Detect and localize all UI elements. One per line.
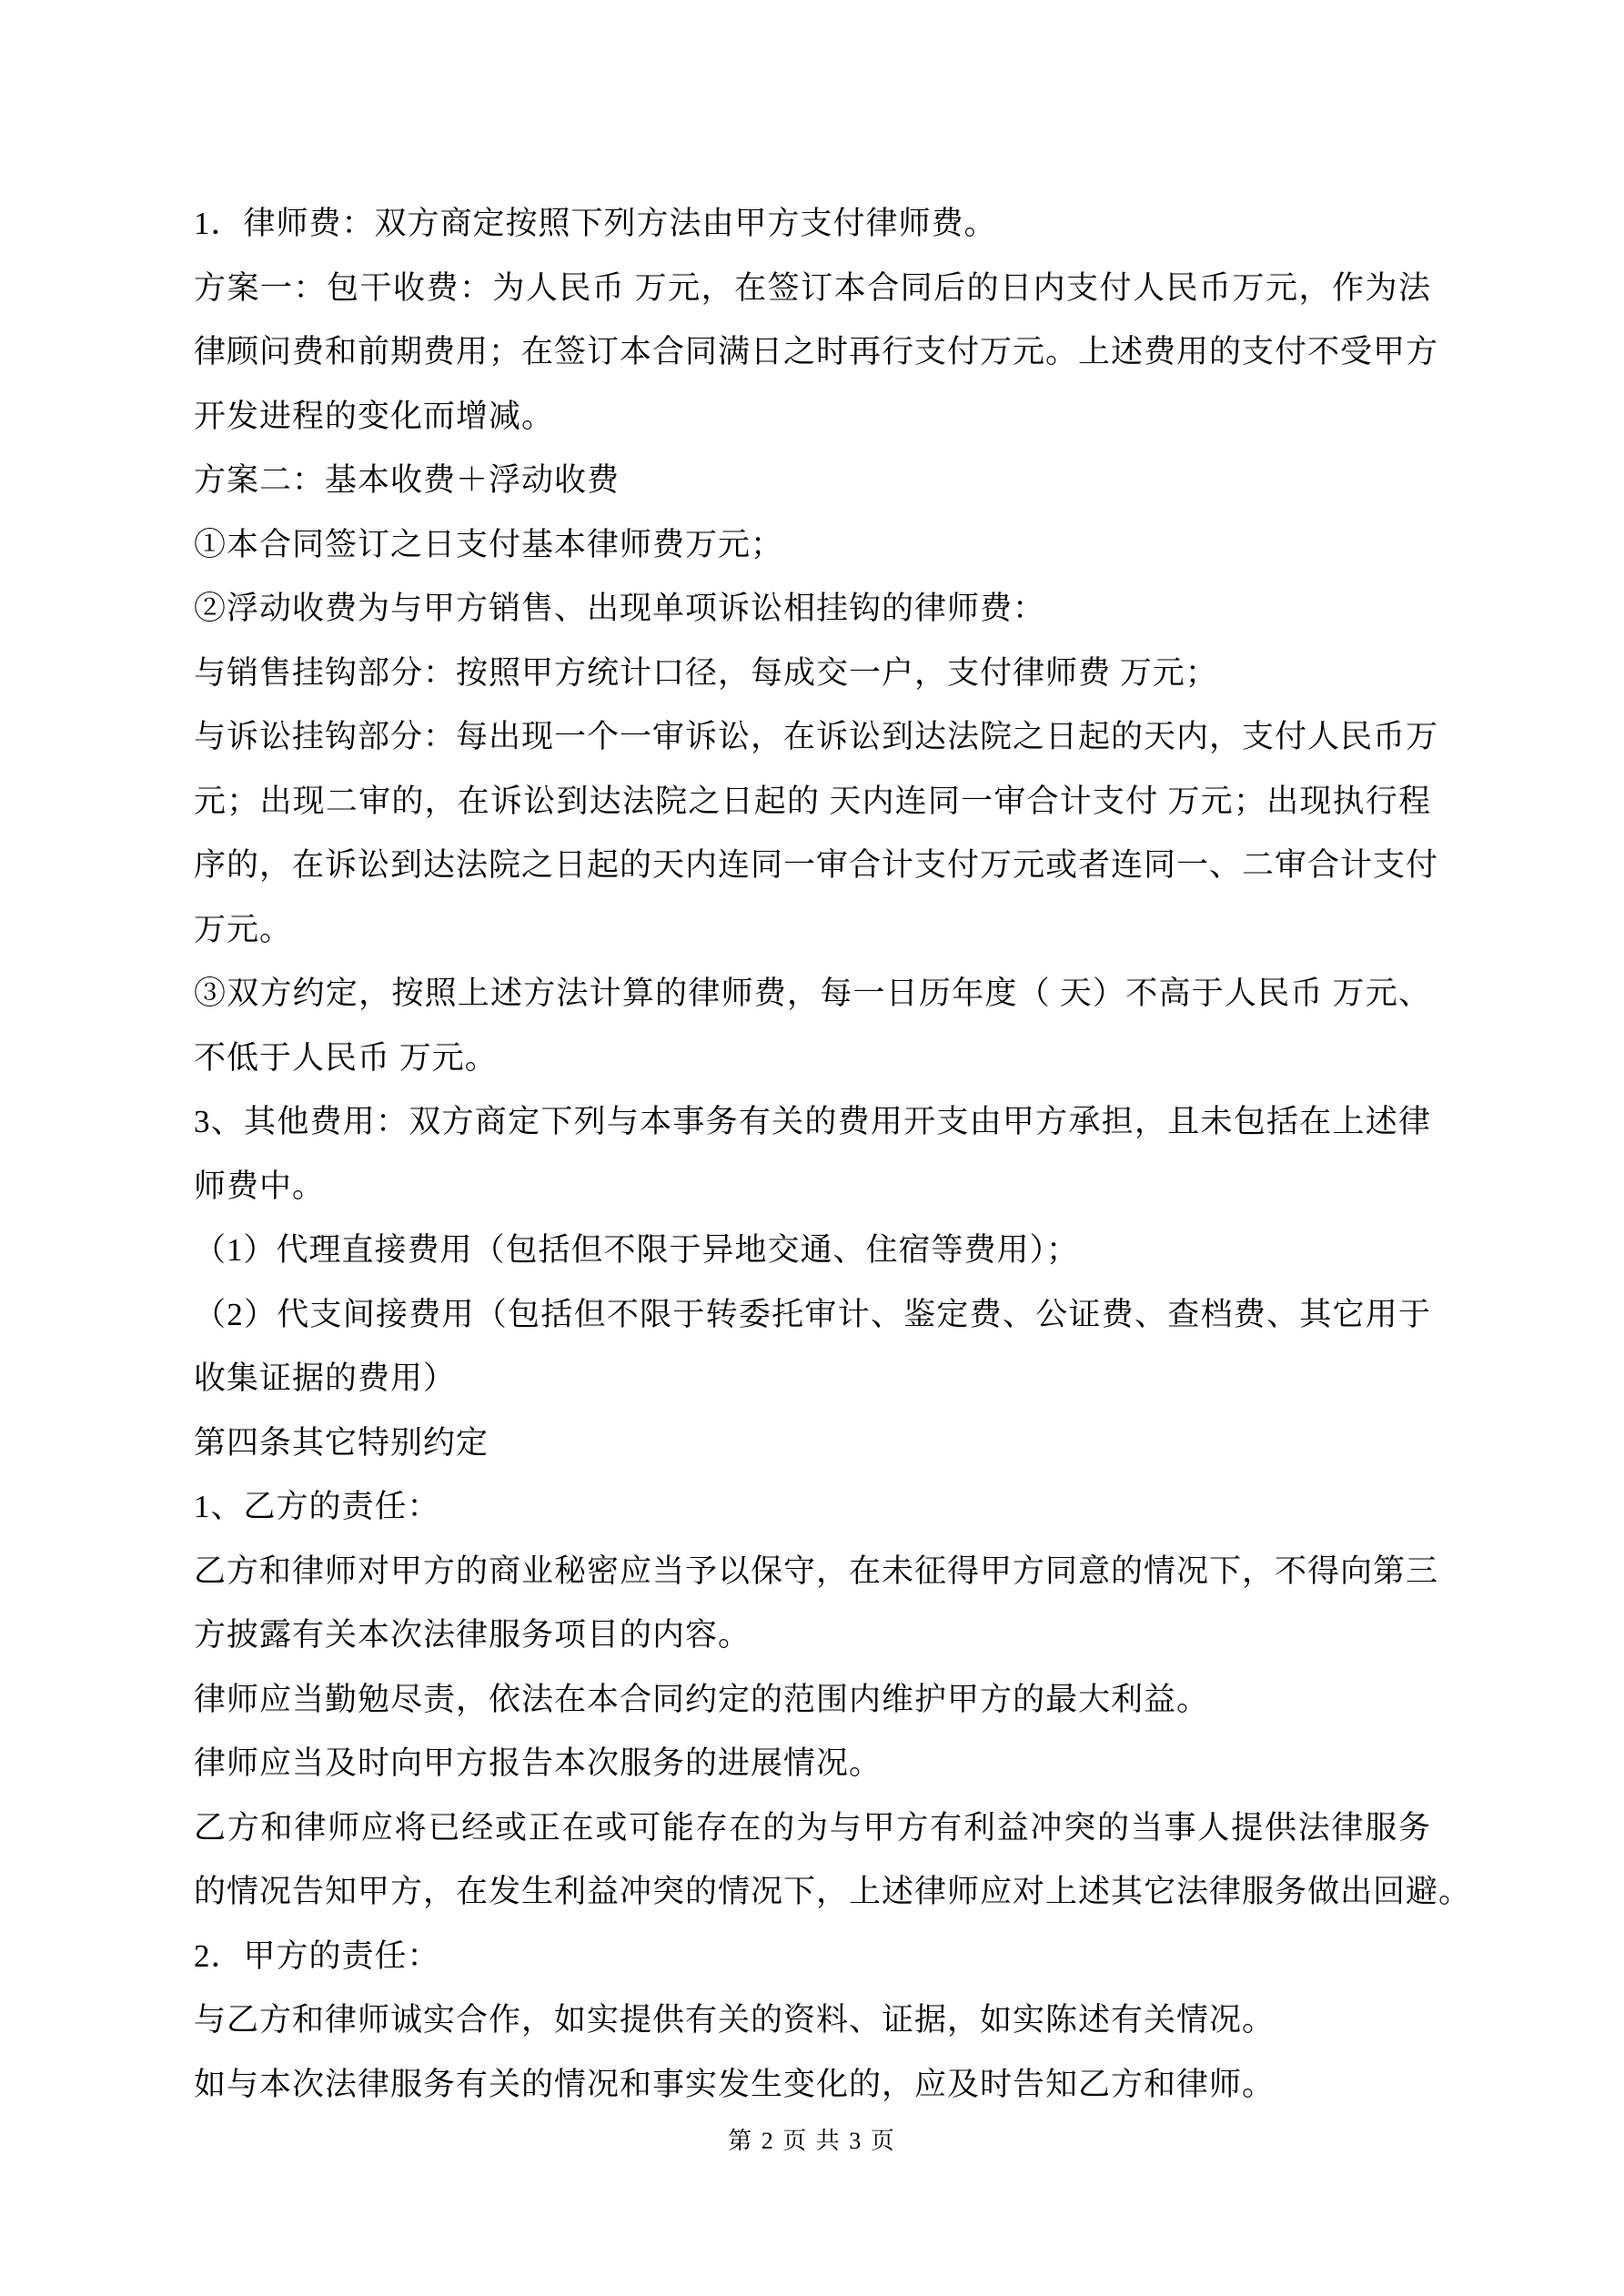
text-line: 2．甲方的责任：: [194, 1925, 1431, 1989]
text-line: 序的，在诉讼到达法院之日起的天内连同一审合计支付万元或者连同一、二审合计支付: [194, 834, 1431, 898]
text-line: 律师应当及时向甲方报告本次服务的进展情况。: [194, 1732, 1431, 1796]
text-line: 乙方和律师对甲方的商业秘密应当予以保守，在未征得甲方同意的情况下，不得向第三: [194, 1540, 1431, 1604]
text-line: 律师应当勤勉尽责，依法在本合同约定的范围内维护甲方的最大利益。: [194, 1668, 1431, 1733]
text-line: 师费中。: [194, 1155, 1431, 1219]
text-line: 律顾问费和前期费用；在签订本合同满日之时再行支付万元。上述费用的支付不受甲方: [194, 320, 1431, 385]
text-line: ②浮动收费为与甲方销售、出现单项诉讼相挂钩的律师费：: [194, 577, 1431, 642]
text-line: 万元。: [194, 898, 1431, 963]
text-line: 与乙方和律师诚实合作，如实提供有关的资料、证据，如实陈述有关情况。: [194, 1988, 1431, 2053]
document-page: 1．律师费：双方商定按照下列方法由甲方支付律师费。方案一：包干收费：为人民币 万…: [0, 0, 1624, 2296]
text-line: 的情况告知甲方，在发生利益冲突的情况下，上述律师应对上述其它法律服务做出回避。: [194, 1860, 1431, 1925]
text-line: 3、其他费用：双方商定下列与本事务有关的费用开支由甲方承担，且未包括在上述律: [194, 1090, 1431, 1155]
text-line: 方案一：包干收费：为人民币 万元，在签订本合同后的日内支付人民币万元，作为法: [194, 257, 1431, 321]
text-line: 乙方和律师应将已经或正在或可能存在的为与甲方有利益冲突的当事人提供法律服务: [194, 1796, 1431, 1861]
text-line: 开发进程的变化而增减。: [194, 385, 1431, 450]
text-line: ③双方约定，按照上述方法计算的律师费，每一日历年度（ 天）不高于人民币 万元、: [194, 962, 1431, 1027]
document-body: 1．律师费：双方商定按照下列方法由甲方支付律师费。方案一：包干收费：为人民币 万…: [194, 192, 1431, 2117]
text-line: 元；出现二审的，在诉讼到达法院之日起的 天内连同一审合计支付 万元；出现执行程: [194, 770, 1431, 834]
text-line: 第四条其它特别约定: [194, 1411, 1431, 1476]
text-line: 1．律师费：双方商定按照下列方法由甲方支付律师费。: [194, 192, 1431, 257]
text-line: ①本合同签订之日支付基本律师费万元；: [194, 513, 1431, 578]
text-line: 收集证据的费用）: [194, 1347, 1431, 1411]
text-line: 不低于人民币 万元。: [194, 1027, 1431, 1091]
page-footer: 第 2 页 共 3 页: [0, 2126, 1624, 2157]
text-line: 与诉讼挂钩部分：每出现一个一审诉讼，在诉讼到达法院之日起的天内，支付人民币万: [194, 705, 1431, 770]
text-line: 方披露有关本次法律服务项目的内容。: [194, 1603, 1431, 1668]
text-line: 1、乙方的责任：: [194, 1475, 1431, 1540]
text-line: （1）代理直接费用（包括但不限于异地交通、住宿等费用）；: [194, 1219, 1431, 1283]
text-line: 与销售挂钩部分：按照甲方统计口径，每成交一户，支付律师费 万元；: [194, 642, 1431, 706]
text-line: （2）代支间接费用（包括但不限于转委托审计、鉴定费、公证费、查档费、其它用于: [194, 1283, 1431, 1348]
text-line: 如与本次法律服务有关的情况和事实发生变化的，应及时告知乙方和律师。: [194, 2053, 1431, 2118]
page-number: 第 2 页 共 3 页: [728, 2128, 896, 2154]
text-line: 方案二：基本收费＋浮动收费: [194, 449, 1431, 513]
